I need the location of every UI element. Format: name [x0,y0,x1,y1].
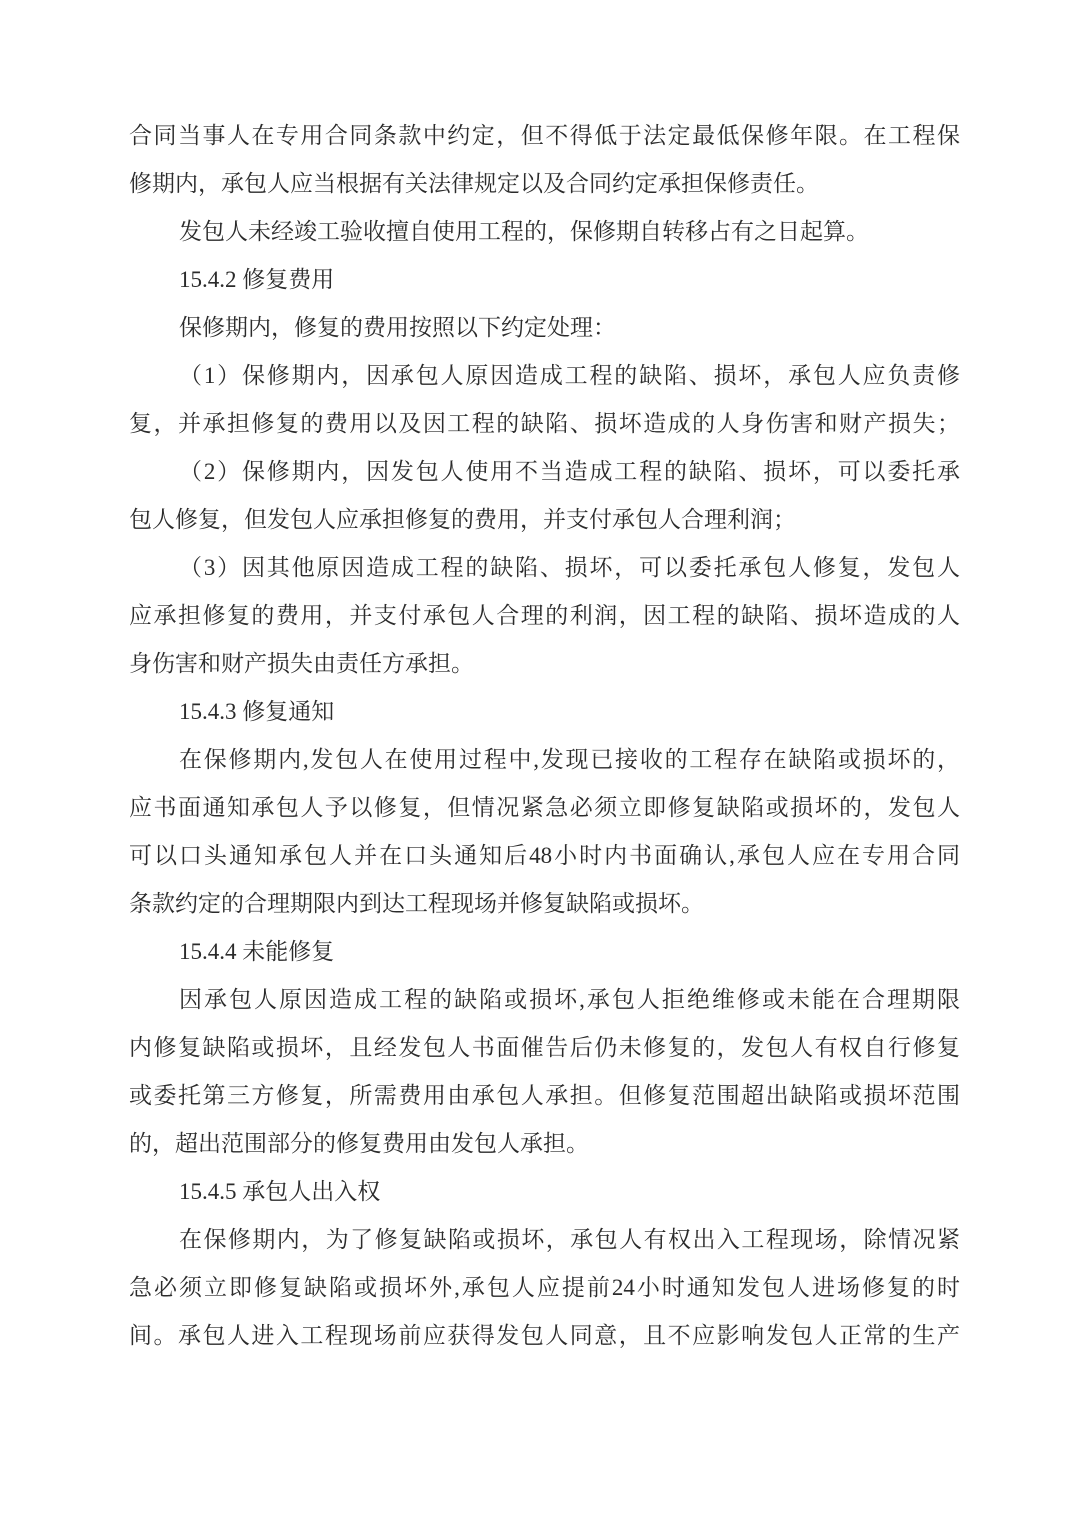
text-line: 的，超出范围部分的修复费用由发包人承担。 [129,1120,960,1168]
section-heading: 15.4.3 修复通知 [129,688,960,736]
text-line: 在保修期内,发包人在使用过程中,发现已接收的工程存在缺陷或损坏的， [129,736,960,784]
section-heading: 15.4.5 承包人出入权 [129,1168,960,1216]
text-line: 身伤害和财产损失由责任方承担。 [129,640,960,688]
text-line: 可以口头通知承包人并在口头通知后48小时内书面确认,承包人应在专用合同 [129,832,960,880]
text-line: 修期内，承包人应当根据有关法律规定以及合同约定承担保修责任。 [129,160,960,208]
text-line: 复，并承担修复的费用以及因工程的缺陷、损坏造成的人身伤害和财产损失； [129,400,960,448]
section-heading: 15.4.4 未能修复 [129,928,960,976]
text-line: 间。承包人进入工程现场前应获得发包人同意，且不应影响发包人正常的生产 [129,1312,960,1360]
text-line: 内修复缺陷或损坏，且经发包人书面催告后仍未修复的，发包人有权自行修复 [129,1024,960,1072]
text-line: 急必须立即修复缺陷或损坏外,承包人应提前24小时通知发包人进场修复的时 [129,1264,960,1312]
text-line: 包人修复，但发包人应承担修复的费用，并支付承包人合理利润； [129,496,960,544]
text-line: 合同当事人在专用合同条款中约定，但不得低于法定最低保修年限。在工程保 [129,112,960,160]
text-line: 条款约定的合理期限内到达工程现场并修复缺陷或损坏。 [129,880,960,928]
text-line: 发包人未经竣工验收擅自使用工程的，保修期自转移占有之日起算。 [129,208,960,256]
section-heading: 15.4.2 修复费用 [129,256,960,304]
text-line: 应承担修复的费用，并支付承包人合理的利润，因工程的缺陷、损坏造成的人 [129,592,960,640]
text-line: 因承包人原因造成工程的缺陷或损坏,承包人拒绝维修或未能在合理期限 [129,976,960,1024]
text-line: 或委托第三方修复，所需费用由承包人承担。但修复范围超出缺陷或损坏范围 [129,1072,960,1120]
text-line: 保修期内，修复的费用按照以下约定处理： [129,304,960,352]
text-line: （2）保修期内，因发包人使用不当造成工程的缺陷、损坏，可以委托承 [129,448,960,496]
text-line: （3）因其他原因造成工程的缺陷、损坏，可以委托承包人修复，发包人 [129,544,960,592]
document-page: 合同当事人在专用合同条款中约定，但不得低于法定最低保修年限。在工程保修期内，承包… [0,0,1074,1520]
text-line: （1）保修期内，因承包人原因造成工程的缺陷、损坏，承包人应负责修 [129,352,960,400]
text-line: 在保修期内，为了修复缺陷或损坏，承包人有权出入工程现场，除情况紧 [129,1216,960,1264]
text-line: 应书面通知承包人予以修复，但情况紧急必须立即修复缺陷或损坏的，发包人 [129,784,960,832]
